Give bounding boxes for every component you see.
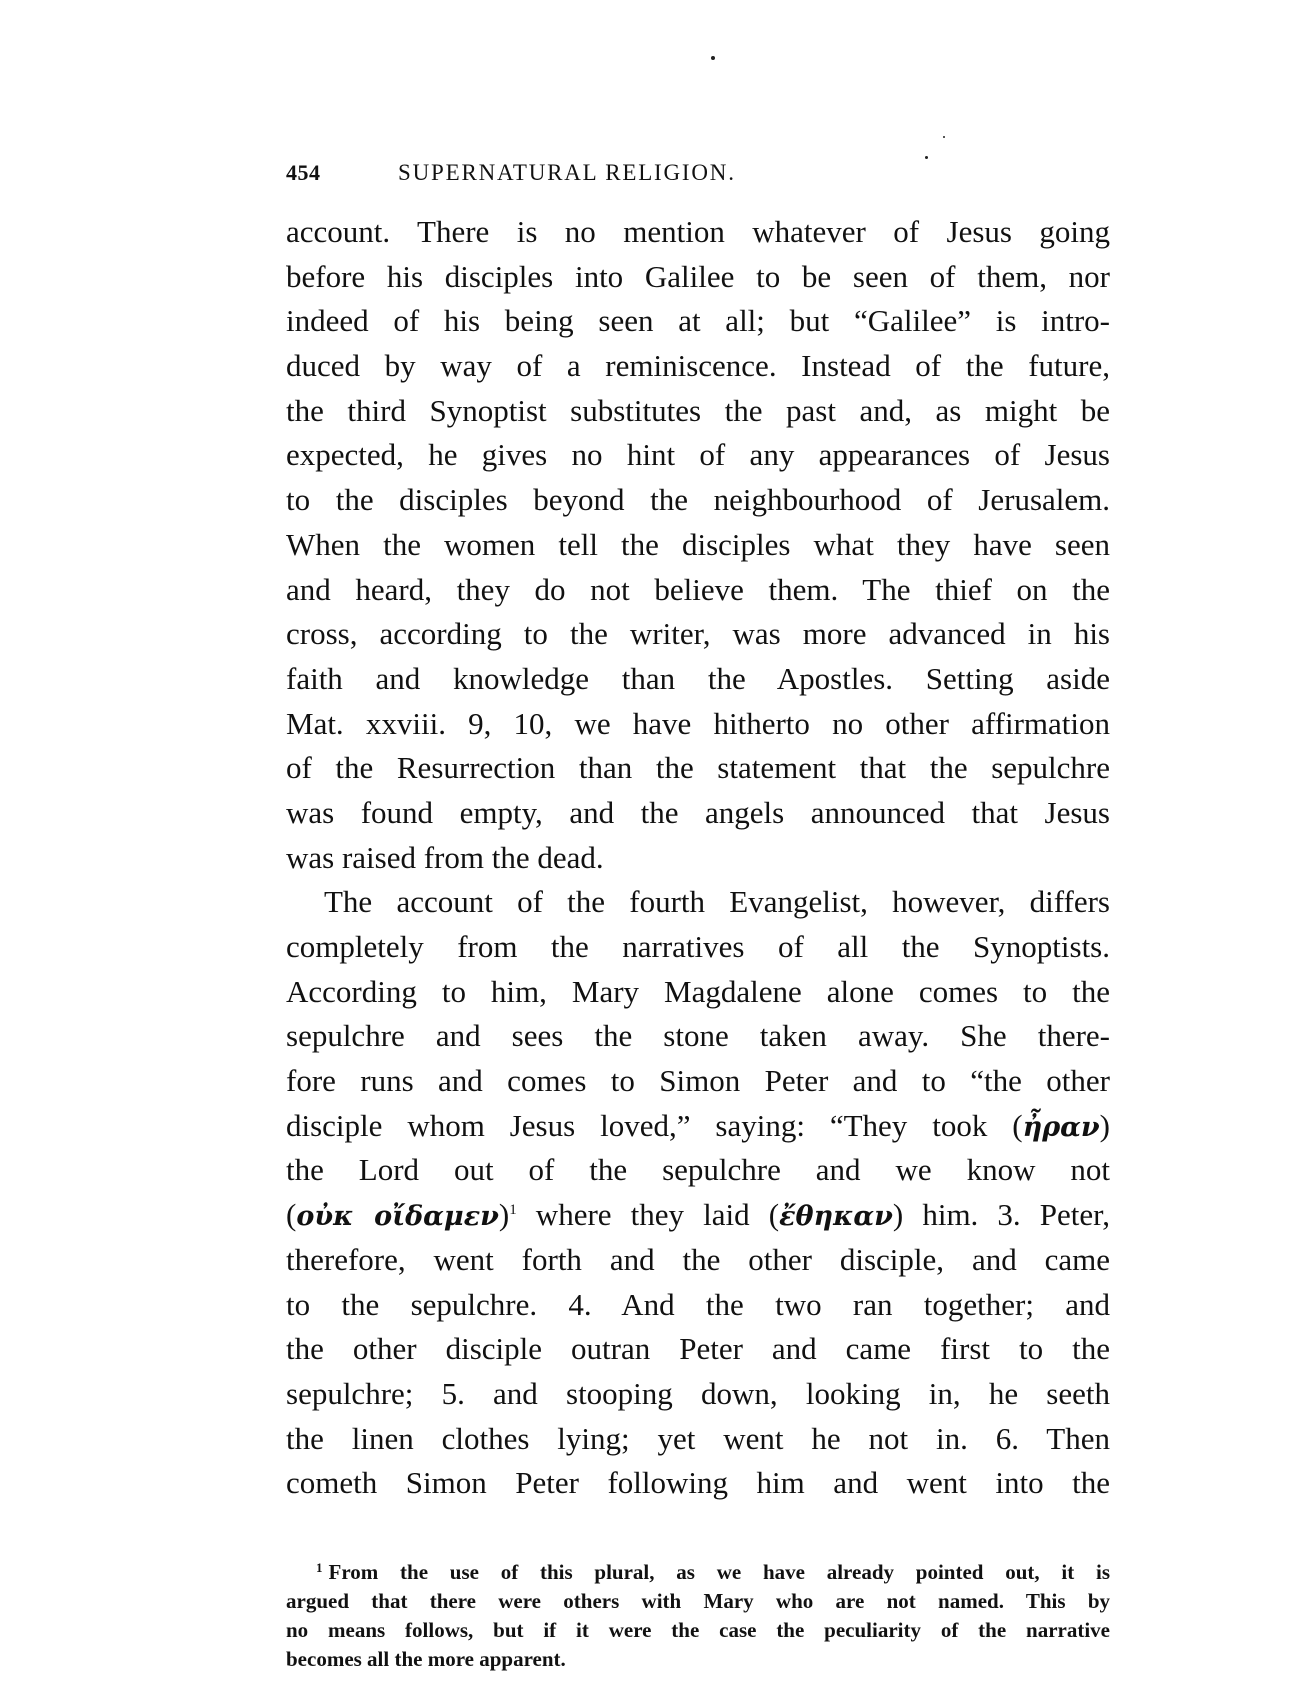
text-line: cross, according to the writer, was more… — [286, 612, 1110, 657]
text-line: before his disciples into Galilee to be … — [286, 255, 1110, 300]
text-line: to the sepulchre. 4. And the two ran tog… — [286, 1283, 1110, 1328]
page-number: 454 — [286, 160, 321, 186]
text-line: sepulchre and sees the stone taken away.… — [286, 1014, 1110, 1059]
text-span: From the use of this plural, as we have … — [329, 1560, 1111, 1584]
footnote-mark: 1 — [316, 1560, 323, 1575]
footnote-line: no means follows, but if it were the cas… — [286, 1616, 1110, 1645]
text-line: to the disciples beyond the neighbourhoo… — [286, 478, 1110, 523]
text-line: the Lord out of the sepulchre and we kno… — [286, 1148, 1110, 1193]
text-span: ( — [286, 1197, 296, 1232]
greek-word: ἦραν — [1023, 1112, 1100, 1143]
running-head: SUPERNATURAL RELIGION. — [398, 160, 736, 186]
text-line: duced by way of a reminiscence. Instead … — [286, 344, 1110, 389]
text-line: sepulchre; 5. and stooping down, looking… — [286, 1372, 1110, 1417]
text-line: faith and knowledge than the Apostles. S… — [286, 657, 1110, 702]
text-line: The account of the fourth Evangelist, ho… — [286, 880, 1110, 925]
text-line: indeed of his being seen at all; but “Ga… — [286, 299, 1110, 344]
footnote-line: argued that there were others with Mary … — [286, 1587, 1110, 1616]
footnote: 1From the use of this plural, as we have… — [286, 1558, 1110, 1674]
text-line: fore runs and comes to Simon Peter and t… — [286, 1059, 1110, 1104]
paragraph-1: account. There is no mention whatever of… — [286, 210, 1110, 880]
book-page: 454 SUPERNATURAL RELIGION. account. Ther… — [0, 0, 1292, 1700]
paragraph-2: The account of the fourth Evangelist, ho… — [286, 880, 1110, 1506]
text-line: the other disciple outran Peter and came… — [286, 1327, 1110, 1372]
greek-word: ἔθηκαν — [779, 1201, 893, 1232]
footnote-reference: 1 — [509, 1202, 517, 1218]
greek-word: οὐκ οἴδαμεν — [296, 1201, 499, 1232]
text-line: When the women tell the disciples what t… — [286, 523, 1110, 568]
text-span: disciple whom Jesus loved,” saying: “The… — [286, 1108, 1023, 1143]
text-line: account. There is no mention whatever of… — [286, 210, 1110, 255]
text-line: disciple whom Jesus loved,” saying: “The… — [286, 1104, 1110, 1149]
footnote-line: becomes all the more apparent. — [286, 1645, 1110, 1674]
page-header: 454 SUPERNATURAL RELIGION. — [286, 160, 1110, 194]
text-line: According to him, Mary Magdalene alone c… — [286, 970, 1110, 1015]
text-line: was found empty, and the angels announce… — [286, 791, 1110, 836]
body-text: account. There is no mention whatever of… — [286, 210, 1110, 1506]
text-span: where they laid ( — [517, 1197, 779, 1232]
footnote-line: 1From the use of this plural, as we have… — [286, 1558, 1110, 1587]
text-line: of the Resurrection than the statement t… — [286, 746, 1110, 791]
text-line: (οὐκ οἴδαμεν)1 where they laid (ἔθηκαν) … — [286, 1193, 1110, 1238]
text-line: Mat. xxviii. 9, 10, we have hitherto no … — [286, 702, 1110, 747]
print-speck — [943, 136, 945, 138]
text-line: cometh Simon Peter following him and wen… — [286, 1461, 1110, 1506]
text-line: completely from the narratives of all th… — [286, 925, 1110, 970]
text-line: and heard, they do not believe them. The… — [286, 568, 1110, 613]
text-span: ) — [1100, 1108, 1110, 1143]
text-line: expected, he gives no hint of any appear… — [286, 433, 1110, 478]
text-span: ) him. 3. Peter, — [893, 1197, 1110, 1232]
print-speck — [711, 56, 715, 60]
text-line: therefore, went forth and the other disc… — [286, 1238, 1110, 1283]
text-span: ) — [499, 1197, 509, 1232]
text-line: the third Synoptist substitutes the past… — [286, 389, 1110, 434]
text-line: the linen clothes lying; yet went he not… — [286, 1417, 1110, 1462]
print-speck — [925, 156, 928, 159]
text-line: was raised from the dead. — [286, 836, 1110, 881]
